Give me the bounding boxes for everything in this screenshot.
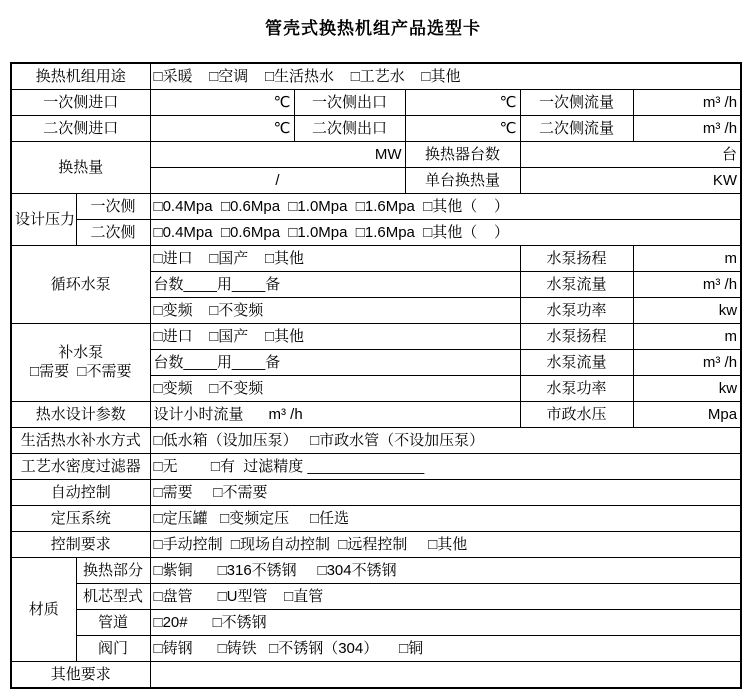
city-water-pressure-label: 市政水压 bbox=[520, 402, 633, 428]
primary-inlet-label: 一次侧进口 bbox=[11, 90, 150, 116]
makeup-pump-label-line1: 补水泵 bbox=[15, 344, 147, 363]
makeup-pump-power-label: 水泵功率 bbox=[520, 376, 633, 402]
makeup-pump-origin-options[interactable]: □进口 □国产 □其他 bbox=[150, 324, 520, 350]
row-control-req: 控制要求 □手动控制 □现场自动控制 □远程控制 □其他 bbox=[11, 532, 741, 558]
document-page: 管壳式换热机组产品选型卡 换热机组用途 □采暖 □空调 □生活热水 □工艺水 □… bbox=[0, 0, 746, 693]
secondary-flow-value-field[interactable]: m³ /h bbox=[633, 116, 741, 142]
material-piping-options[interactable]: □20# □不锈钢 bbox=[150, 610, 741, 636]
secondary-outlet-value-field[interactable]: ℃ bbox=[405, 116, 520, 142]
primary-flow-label: 一次侧流量 bbox=[520, 90, 633, 116]
circ-pump-freq-options[interactable]: □变频 □不变频 bbox=[150, 298, 520, 324]
circ-pump-power-label: 水泵功率 bbox=[520, 298, 633, 324]
circ-pump-flow-label: 水泵流量 bbox=[520, 272, 633, 298]
secondary-flow-label: 二次侧流量 bbox=[520, 116, 633, 142]
material-valve-options[interactable]: □铸钢 □铸铁 □不锈钢（304） □铜 bbox=[150, 636, 741, 662]
material-label: 材质 bbox=[11, 558, 76, 662]
city-water-pressure-value-field[interactable]: Mpa bbox=[633, 402, 741, 428]
design-pressure-secondary-options[interactable]: □0.4Mpa □0.6Mpa □1.0Mpa □1.6Mpa □其他（ ） bbox=[150, 220, 741, 246]
row-auto-control: 自动控制 □需要 □不需要 bbox=[11, 480, 741, 506]
design-pressure-secondary-label: 二次侧 bbox=[76, 220, 150, 246]
design-pressure-primary-options[interactable]: □0.4Mpa □0.6Mpa □1.0Mpa □1.6Mpa □其他（ ） bbox=[150, 194, 741, 220]
material-exchange-part-label: 换热部分 bbox=[76, 558, 150, 584]
exchanger-count-label: 换热器台数 bbox=[405, 142, 520, 168]
row-makeup-pump-origin: 补水泵 □需要 □不需要 □进口 □国产 □其他 水泵扬程 m bbox=[11, 324, 741, 350]
heat-duty-value-field[interactable]: MW bbox=[150, 142, 405, 168]
design-pressure-primary-label: 一次侧 bbox=[76, 194, 150, 220]
single-heat-duty-label: 单台换热量 bbox=[405, 168, 520, 194]
heat-duty-label: 换热量 bbox=[11, 142, 150, 194]
row-material-exchange-part: 材质 换热部分 □紫铜 □316不锈钢 □304不锈钢 bbox=[11, 558, 741, 584]
single-heat-duty-value-field[interactable]: KW bbox=[520, 168, 741, 194]
makeup-pump-power-value-field[interactable]: kw bbox=[633, 376, 741, 402]
material-core-type-options[interactable]: □盘管 □U型管 □直管 bbox=[150, 584, 741, 610]
filter-options[interactable]: □无 □有 过滤精度 ______________ bbox=[150, 454, 741, 480]
row-material-piping: 管道 □20# □不锈钢 bbox=[11, 610, 741, 636]
makeup-pump-flow-value-field[interactable]: m³ /h bbox=[633, 350, 741, 376]
makeup-pump-label[interactable]: 补水泵 □需要 □不需要 bbox=[11, 324, 150, 402]
auto-control-options[interactable]: □需要 □不需要 bbox=[150, 480, 741, 506]
control-req-label: 控制要求 bbox=[11, 532, 150, 558]
row-design-pressure-primary: 设计压力 一次侧 □0.4Mpa □0.6Mpa □1.0Mpa □1.6Mpa… bbox=[11, 194, 741, 220]
makeup-mode-label: 生活热水补水方式 bbox=[11, 428, 150, 454]
makeup-pump-head-value-field[interactable]: m bbox=[633, 324, 741, 350]
primary-inlet-value-field[interactable]: ℃ bbox=[150, 90, 294, 116]
heat-duty-slash: / bbox=[150, 168, 405, 194]
other-req-label: 其他要求 bbox=[11, 662, 150, 689]
usage-options[interactable]: □采暖 □空调 □生活热水 □工艺水 □其他 bbox=[150, 63, 741, 90]
row-circ-pump-origin: 循环水泵 □进口 □国产 □其他 水泵扬程 m bbox=[11, 246, 741, 272]
makeup-pump-head-label: 水泵扬程 bbox=[520, 324, 633, 350]
row-filter: 工艺水密度过滤器 □无 □有 过滤精度 ______________ bbox=[11, 454, 741, 480]
secondary-outlet-label: 二次侧出口 bbox=[294, 116, 405, 142]
circ-pump-flow-value-field[interactable]: m³ /h bbox=[633, 272, 741, 298]
control-req-options[interactable]: □手动控制 □现场自动控制 □远程控制 □其他 bbox=[150, 532, 741, 558]
exchanger-count-value-field[interactable]: 台 bbox=[520, 142, 741, 168]
row-heat-duty: 换热量 MW 换热器台数 台 bbox=[11, 142, 741, 168]
hot-water-params-label: 热水设计参数 bbox=[11, 402, 150, 428]
row-hot-water-params: 热水设计参数 设计小时流量 m³ /h 市政水压 Mpa bbox=[11, 402, 741, 428]
primary-outlet-value-field[interactable]: ℃ bbox=[405, 90, 520, 116]
page-title: 管壳式换热机组产品选型卡 bbox=[0, 14, 746, 39]
makeup-pump-count-field[interactable]: 台数____用____备 bbox=[150, 350, 520, 376]
circ-pump-head-label: 水泵扬程 bbox=[520, 246, 633, 272]
row-secondary-side: 二次侧进口 ℃ 二次侧出口 ℃ 二次侧流量 m³ /h bbox=[11, 116, 741, 142]
primary-flow-value-field[interactable]: m³ /h bbox=[633, 90, 741, 116]
circ-pump-count-field[interactable]: 台数____用____备 bbox=[150, 272, 520, 298]
pressure-system-options[interactable]: □定压罐 □变频定压 □任选 bbox=[150, 506, 741, 532]
row-primary-side: 一次侧进口 ℃ 一次侧出口 ℃ 一次侧流量 m³ /h bbox=[11, 90, 741, 116]
auto-control-label: 自动控制 bbox=[11, 480, 150, 506]
material-valve-label: 阀门 bbox=[76, 636, 150, 662]
row-usage: 换热机组用途 □采暖 □空调 □生活热水 □工艺水 □其他 bbox=[11, 63, 741, 90]
row-design-pressure-secondary: 二次侧 □0.4Mpa □0.6Mpa □1.0Mpa □1.6Mpa □其他（… bbox=[11, 220, 741, 246]
circ-pump-origin-options[interactable]: □进口 □国产 □其他 bbox=[150, 246, 520, 272]
primary-outlet-label: 一次侧出口 bbox=[294, 90, 405, 116]
row-makeup-mode: 生活热水补水方式 □低水箱（设加压泵） □市政水管（不设加压泵） bbox=[11, 428, 741, 454]
secondary-inlet-value-field[interactable]: ℃ bbox=[150, 116, 294, 142]
design-pressure-label: 设计压力 bbox=[11, 194, 76, 246]
row-pressure-system: 定压系统 □定压罐 □变频定压 □任选 bbox=[11, 506, 741, 532]
hot-water-flow-field[interactable]: 设计小时流量 m³ /h bbox=[150, 402, 520, 428]
selection-card-table: 换热机组用途 □采暖 □空调 □生活热水 □工艺水 □其他 一次侧进口 ℃ 一次… bbox=[10, 62, 742, 689]
makeup-pump-flow-label: 水泵流量 bbox=[520, 350, 633, 376]
circ-pump-label: 循环水泵 bbox=[11, 246, 150, 324]
material-piping-label: 管道 bbox=[76, 610, 150, 636]
circ-pump-head-value-field[interactable]: m bbox=[633, 246, 741, 272]
row-material-valve: 阀门 □铸钢 □铸铁 □不锈钢（304） □铜 bbox=[11, 636, 741, 662]
makeup-pump-freq-options[interactable]: □变频 □不变频 bbox=[150, 376, 520, 402]
filter-label: 工艺水密度过滤器 bbox=[11, 454, 150, 480]
row-material-core-type: 机芯型式 □盘管 □U型管 □直管 bbox=[11, 584, 741, 610]
usage-label: 换热机组用途 bbox=[11, 63, 150, 90]
makeup-mode-options[interactable]: □低水箱（设加压泵） □市政水管（不设加压泵） bbox=[150, 428, 741, 454]
row-other-req: 其他要求 bbox=[11, 662, 741, 689]
pressure-system-label: 定压系统 bbox=[11, 506, 150, 532]
circ-pump-power-value-field[interactable]: kw bbox=[633, 298, 741, 324]
other-req-field[interactable] bbox=[150, 662, 741, 689]
material-exchange-part-options[interactable]: □紫铜 □316不锈钢 □304不锈钢 bbox=[150, 558, 741, 584]
material-core-type-label: 机芯型式 bbox=[76, 584, 150, 610]
makeup-pump-need-options[interactable]: □需要 □不需要 bbox=[15, 363, 147, 382]
secondary-inlet-label: 二次侧进口 bbox=[11, 116, 150, 142]
